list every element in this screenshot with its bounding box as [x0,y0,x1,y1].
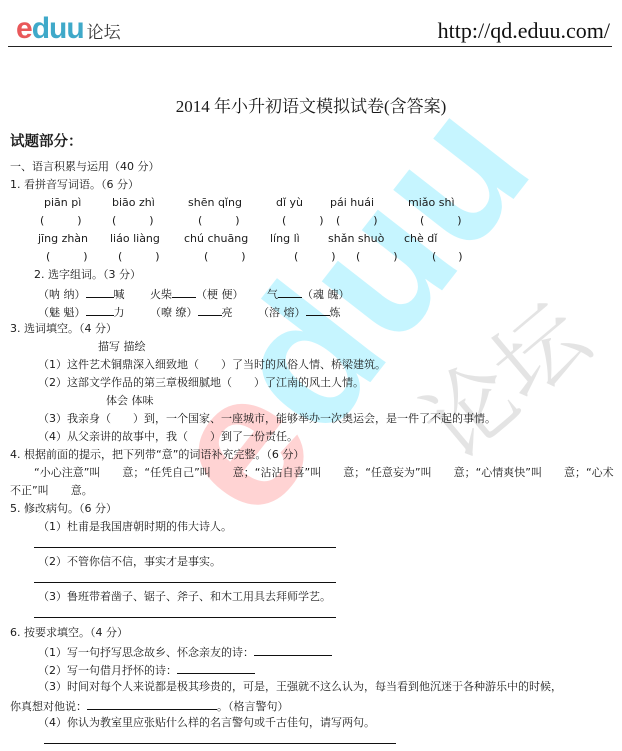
q3-sentence-4: （4）从父亲讲的故事中，我（ ）到了一份责任。 [38,430,298,444]
q3-word-choices-2: 体会 体味 [106,394,154,408]
answer-paren[interactable]: ( ) [118,250,160,264]
fill-blank[interactable] [177,662,255,674]
answer-paren[interactable]: ( ) [294,250,336,264]
fill-blank[interactable] [254,644,332,656]
q3-sentence-3: （3）我亲身（ ）到，一个国家、一座城市，能够举办一次奥运会，是一件了不起的事情… [38,412,496,426]
fill-blank[interactable] [172,286,196,298]
word-suffix: 力 [114,306,125,319]
pinyin-10: líng lì [270,232,300,246]
q1-label: 1. 看拼音写词语。（6 分） [10,178,139,192]
q3-sentence-2: （2）这部文学作品的第三章极细腻地（ ）了江南的风土人情。 [38,376,364,390]
q5-label: 5. 修改病句。（6 分） [10,502,117,516]
q6-item-3b: 你真想对他说：。（格言警句） [10,698,289,714]
answer-paren[interactable]: ( ) [112,214,154,228]
pinyin-9: chú chuāng [184,232,248,246]
word-suffix: 炼 [330,306,341,319]
answer-paren[interactable]: ( ) [40,214,82,228]
q6-prompt-1: （1）写一句抒写思念故乡、怀念亲友的诗： [38,646,254,659]
section-title: 试题部分： [10,130,83,151]
pinyin-8: liáo liàng [110,232,160,246]
q4-label: 4. 根据前面的提示，把下列带“意”的词语补充完整。（6 分） [10,448,304,462]
word-suffix: 喊 [114,288,125,301]
fill-blank[interactable] [86,304,114,316]
char-options: （溶 熔） [258,306,306,319]
fill-blank[interactable] [278,286,302,298]
word-suffix: 亮 [222,306,233,319]
pinyin-12: chè dǐ [404,232,437,246]
char-options: （梗 便） [196,288,244,301]
q6-item-4: （4）你认为教室里应张贴什么样的名言警句或千古佳句，请写两句。 [38,716,375,730]
pinyin-3: shēn qǐng [188,196,242,210]
pinyin-2: biāo zhì [112,196,155,210]
fill-blank[interactable] [87,698,217,710]
q4-line-2: 不正”叫 意。 [10,484,93,498]
pinyin-11: shǎn shuò [328,232,384,246]
q6-item-3a: （3）时间对每个人来说都是极其珍贵的，可是，王强就不这么认为，每当看到他沉迷于各… [38,680,562,694]
pinyin-7: jīng zhàn [38,232,88,246]
answer-paren[interactable]: ( ) [282,214,324,228]
q6-item-2: （2）写一句借月抒怀的诗： [38,662,255,678]
watermark-duu: duu [187,64,568,469]
fill-blank[interactable] [86,286,114,298]
fill-blank[interactable] [198,304,222,316]
q6-label: 6. 按要求填空。（4 分） [10,626,128,640]
q3-word-choices-1: 描写 描绘 [98,340,146,354]
document-title: 2014 年小升初语文模拟试卷(含答案) [0,92,622,117]
q6-prompt-3: 你真想对他说： [10,700,87,713]
q2-row2: （魅 魁）力 （嘹 缭）亮 （溶 熔）炼 [38,304,341,320]
q6-item-1: （1）写一句抒写思念故乡、怀念亲友的诗： [38,644,332,660]
q5-sentence-1: （1）杜甫是我国唐朝时期的伟大诗人。 [38,520,232,534]
logo-duu: duu [32,16,84,42]
char-options: （魅 魁） [38,306,86,319]
answer-line[interactable] [34,547,336,548]
answer-line[interactable] [34,582,336,583]
pinyin-4: dǐ yù [276,196,303,210]
pinyin-6: miǎo shì [408,196,455,210]
q2-row1: （呐 纳）喊 火柴（梗 便） 气（魂 魄） [38,286,350,302]
part-heading: 一、语言积累与运用（40 分） [10,160,160,174]
word-prefix: 气 [267,288,278,301]
q2-label: 2. 选字组词。（3 分） [34,268,141,282]
pinyin-5: pái huái [330,196,374,210]
q4-line-1: “小心注意”叫 意；“任凭自己”叫 意；“沾沾自喜”叫 意；“任意妄为”叫 意；… [34,466,614,480]
q5-sentence-2: （2）不管你信不信，事实才是事实。 [38,555,221,569]
answer-paren[interactable]: ( ) [198,214,240,228]
eduu-logo[interactable]: eduu论坛 [16,16,121,42]
header-divider [8,46,612,47]
answer-paren[interactable]: ( ) [336,214,378,228]
logo-suffix: 论坛 [87,20,121,46]
site-url[interactable]: http://qd.eduu.com/ [438,18,610,44]
q5-sentence-3: （3）鲁班带着凿子、锯子、斧子、和木工用具去拜师学艺。 [38,590,331,604]
logo-e: e [16,16,32,42]
char-options: （嘹 缭） [150,306,198,319]
answer-line[interactable] [44,743,396,744]
q3-label: 3. 选词填空。（4 分） [10,322,117,336]
char-options: （魂 魄） [302,288,350,301]
answer-paren[interactable]: ( ) [356,250,398,264]
answer-paren[interactable]: ( ) [204,250,246,264]
answer-line[interactable] [34,617,336,618]
q6-hint-3: 。（格言警句） [217,700,289,713]
answer-paren[interactable]: ( ) [420,214,462,228]
char-options: （呐 纳） [38,288,86,301]
answer-paren[interactable]: ( ) [432,250,463,264]
forum-watermark: 论坛 [389,267,610,482]
pinyin-1: piān pì [44,196,81,210]
q6-prompt-2: （2）写一句借月抒怀的诗： [38,664,177,677]
q3-sentence-1: （1）这件艺术铜鼎深入细致地（ ）了当时的风俗人情、桥梁建筑。 [38,358,386,372]
fill-blank[interactable] [306,304,330,316]
word-prefix: 火柴 [150,288,172,301]
answer-paren[interactable]: ( ) [46,250,88,264]
